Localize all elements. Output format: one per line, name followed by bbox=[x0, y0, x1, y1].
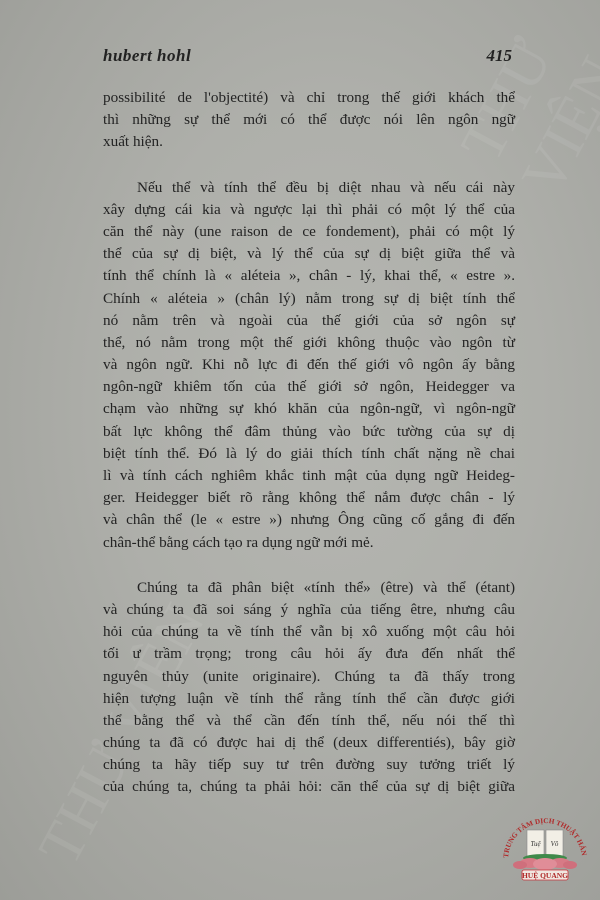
text-line: chạm vào những sự khó khăn của ngôn-ngữ,… bbox=[103, 398, 515, 420]
text-line: thể, nó nằm trong một thế giới không thu… bbox=[103, 332, 515, 354]
text-line: hiện tượng luận về tính thể rằng tính th… bbox=[103, 688, 515, 710]
svg-text:TRUNG TÂM DỊCH THUẬT HÁN NÔM: TRUNG TÂM DỊCH THUẬT HÁN NÔM bbox=[500, 808, 589, 858]
text-line: biệt tính thể. Đó là lý do giải thích tí… bbox=[103, 443, 515, 465]
text-line: hỏi của chúng ta về tính thể vẫn bị xô x… bbox=[103, 621, 515, 643]
text-line: căn thể này (une raison de ce fondement)… bbox=[103, 221, 515, 243]
text-line: possibilité de l'objectité) và chỉ trong… bbox=[103, 87, 515, 109]
text-line: chân-thể bằng cách tạo ra dụng ngữ mới m… bbox=[103, 532, 515, 554]
running-header: hubert hohl 415 bbox=[103, 46, 512, 70]
stamp-arc-text: TRUNG TÂM DỊCH THUẬT HÁN NÔM bbox=[500, 808, 589, 858]
text-line: thể của sự dị biệt, và lý thể của sự dị … bbox=[103, 243, 515, 265]
text-line: bất lực không thể đâm thủng vào bức tườn… bbox=[103, 421, 515, 443]
book-page: THƯ VIỆN THƯ VIỆN hubert hohl 415 possib… bbox=[0, 0, 600, 900]
library-stamp-logo: TRUNG TÂM DỊCH THUẬT HÁN NÔM Tuệ Vô HUỆ … bbox=[500, 808, 590, 888]
page-number: 415 bbox=[487, 46, 513, 66]
author-name: hubert hohl bbox=[103, 46, 191, 66]
paragraph: Nếu thể và tính thể đều bị diệt nhau và … bbox=[103, 177, 515, 554]
text-line: lì và tính cách nghiêm khắc tinh mật của… bbox=[103, 465, 515, 487]
text-line: nguyên thủy (unite originaire). Chúng ta… bbox=[103, 666, 515, 688]
lotus-book-icon: TRUNG TÂM DỊCH THUẬT HÁN NÔM Tuệ Vô HUỆ … bbox=[500, 808, 590, 888]
book-left-glyph: Tuệ bbox=[530, 840, 541, 848]
text-line: nó nằm trên và ngoài của thế giới của sở… bbox=[103, 310, 515, 332]
text-line: Chính « aléteia » (chân lý) nằm trong sự… bbox=[103, 288, 515, 310]
page-body: possibilité de l'objectité) và chỉ trong… bbox=[103, 87, 515, 799]
text-line: xuất hiện. bbox=[103, 131, 515, 153]
text-line: của chúng ta, chúng ta phải hỏi: căn thể… bbox=[103, 776, 515, 798]
paragraph: Chúng ta đã phân biệt «tính thể» (être) … bbox=[103, 577, 515, 799]
text-line: và ngôn ngữ. Khi nỗ lực đi đến thế giới … bbox=[103, 354, 515, 376]
text-line: Chúng ta đã phân biệt «tính thể» (être) … bbox=[103, 577, 515, 599]
book-right-glyph: Vô bbox=[551, 840, 559, 848]
text-line: xây dựng cái kia và ngược lại thì phải c… bbox=[103, 199, 515, 221]
text-line: và chân thể (le « estre ») nhưng Ông cũn… bbox=[103, 509, 515, 531]
text-line: chúng ta đã có được hai dị thể (deux dif… bbox=[103, 732, 515, 754]
text-line: ngôn-ngữ khiêm tốn của thế giới sở ngôn,… bbox=[103, 376, 515, 398]
text-line: thể bằng thể và thể cần đến tính thể, nế… bbox=[103, 710, 515, 732]
text-line: Nếu thể và tính thể đều bị diệt nhau và … bbox=[103, 177, 515, 199]
text-line: chúng ta hãy tiếp suy tư trên đường suy … bbox=[103, 754, 515, 776]
text-line: tính thể chính là « aléteia », chân - lý… bbox=[103, 265, 515, 287]
stamp-name: HUỆ QUANG bbox=[522, 871, 568, 880]
text-line: ger. Heidegger biết rõ rằng không thể nắ… bbox=[103, 487, 515, 509]
text-line: và chúng ta đã soi sáng ý nghĩa của tiến… bbox=[103, 599, 515, 621]
paragraph: possibilité de l'objectité) và chỉ trong… bbox=[103, 87, 515, 154]
text-line: thì những sự thể mới có thể được nói lên… bbox=[103, 109, 515, 131]
text-line: tối ư trầm trọng; trong câu hỏi ấy đưa đ… bbox=[103, 643, 515, 665]
